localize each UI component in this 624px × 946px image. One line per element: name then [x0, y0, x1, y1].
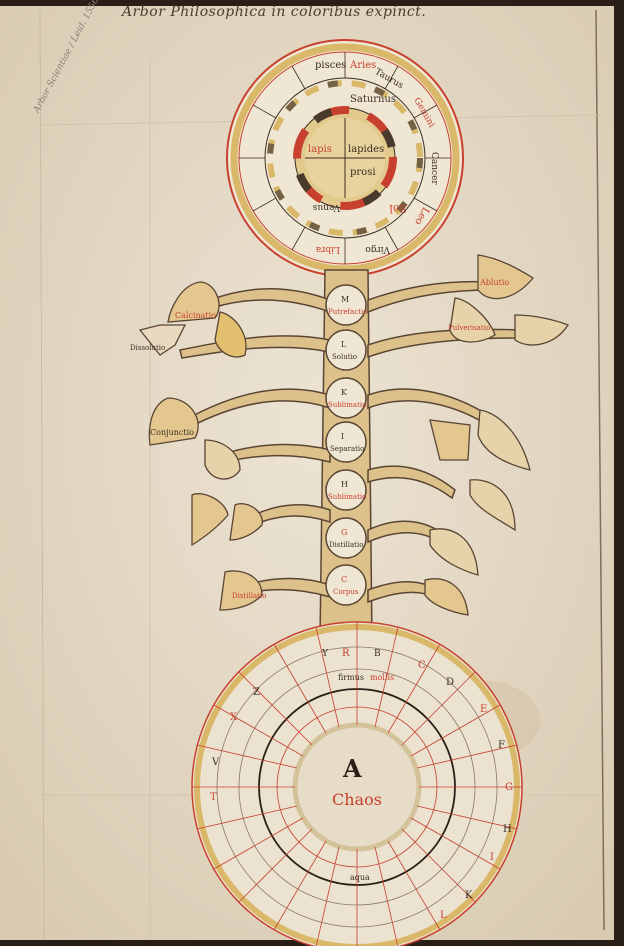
medallion-6-label: Distillatio — [329, 541, 363, 549]
bottom-wheel-letter-v: V — [211, 757, 220, 768]
manuscript-title: Arbor Philosophica in coloribus expinct. — [122, 4, 426, 20]
medallion-7-label: Corpus — [333, 588, 359, 596]
bottom-wheel-letter-l: L — [440, 910, 447, 921]
medallion-4-letter: I — [341, 432, 344, 441]
bottom-wheel-letter-y: Y — [321, 649, 329, 659]
bottom-wheel-letter-z: Z — [253, 687, 260, 698]
top-wheel-aries: Aries — [349, 60, 376, 71]
bottom-wheel-letter-x: X — [230, 712, 238, 723]
bottom-wheel-letter-c: C — [418, 660, 426, 671]
leaf-left-2: Dissolutio — [130, 344, 165, 352]
chaos-wheel-bottom — [192, 622, 522, 946]
bottom-wheel-letter-r: R — [342, 648, 350, 659]
top-wheel-center-lapides: lapides — [348, 144, 384, 155]
manuscript-page: pisces Aries Taurus Gemini Cancer Leo Vi… — [0, 0, 624, 946]
top-wheel-center-prosi: prosi — [350, 167, 376, 178]
medallion-3-letter: K — [341, 388, 348, 397]
bottom-wheel-letter-g: G — [505, 782, 513, 793]
medallion-1-letter: M — [341, 295, 349, 304]
medallion-6-letter: G — [341, 528, 347, 537]
medallion-5-label: Sublimatio — [328, 493, 366, 501]
bottom-wheel-letter-d: D — [446, 677, 454, 688]
manuscript-illustration: pisces Aries Taurus Gemini Cancer Leo Vi… — [0, 0, 624, 946]
bottom-wheel-letter-e: E — [480, 704, 487, 715]
top-wheel-libra: Libra — [315, 244, 340, 254]
top-wheel-venus: Venus — [312, 202, 341, 212]
zodiac-wheel-top — [227, 40, 463, 276]
leaf-left-3: Conjunctio — [150, 428, 194, 437]
bottom-wheel-word-firmus: firmus — [338, 673, 364, 682]
bottom-wheel-letter-h: H — [503, 824, 512, 835]
chaos-letter: A — [342, 754, 362, 783]
top-wheel-cancer: Cancer — [429, 152, 439, 185]
leaf-left-7: Distillatio — [232, 592, 266, 600]
bottom-wheel-letter-f: F — [498, 740, 505, 751]
bottom-wheel-letter-k: K — [465, 890, 473, 901]
leaf-right-1: Ablutio — [479, 278, 509, 287]
bottom-wheel-word-aqua: aqua — [350, 873, 370, 882]
bottom-wheel-letter-b: B — [374, 649, 381, 659]
medallion-5-letter: H — [341, 480, 348, 489]
medallion-7-letter: C — [341, 575, 347, 584]
top-wheel-virgo: Virgo — [365, 244, 391, 254]
medallion-3-label: Sublimatio — [328, 401, 366, 409]
medallion-1-label: Putrefactio — [328, 308, 367, 316]
medallion-4-label: Separatio — [330, 445, 364, 453]
medallion-2-letter: L — [341, 340, 347, 349]
bottom-wheel-letter-t: T — [210, 792, 217, 803]
top-wheel-sol: Sol — [389, 202, 407, 215]
bottom-wheel-letter-i: I — [490, 852, 494, 863]
bottom-wheel-word-mollis: mollis — [370, 673, 394, 682]
leaf-right-2: Pulverisatio — [448, 324, 490, 332]
top-wheel-saturnus: Saturnus — [350, 94, 396, 105]
leaf-left-1: Calcinatio — [175, 311, 216, 320]
top-wheel-center-lapis: lapis — [308, 144, 332, 155]
top-wheel-pisces: pisces — [315, 60, 346, 71]
medallion-2-label: Solutio — [332, 353, 357, 361]
chaos-label: Chaos — [332, 790, 382, 809]
